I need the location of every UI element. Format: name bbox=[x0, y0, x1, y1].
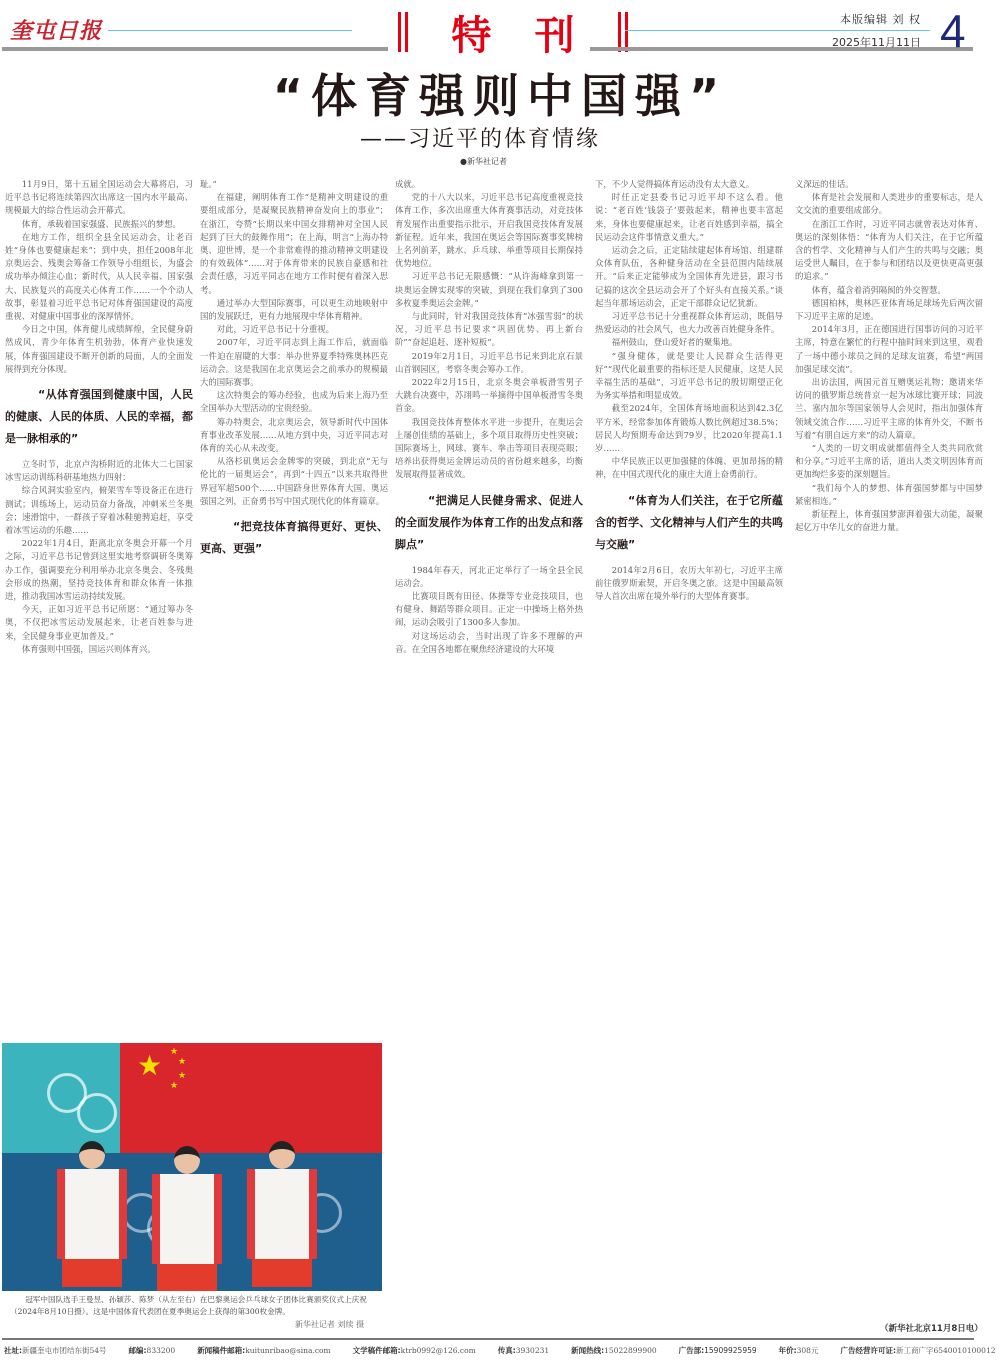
paragraph: 今日之中国，体育健儿成绩辉煌，全民健身蔚然成风，青少年体育生机勃勃，体育产业快速… bbox=[5, 323, 193, 376]
footer-ad-license: 广告经营许可证:新工商广字6540010100012 bbox=[840, 1345, 995, 1356]
paragraph: 运动会之后，正定陆续建起体育场馆、组建群众体育队伍，各种健身活动在全县范围内陆续… bbox=[595, 244, 783, 310]
paragraph: 与此同时，针对我国竞技体育“冰强雪弱”的状况，习近平总书记要求“巩固优势、再上新… bbox=[395, 310, 583, 350]
paragraph: 2022年1月4日，距离北京冬奥会开幕一个月之际，习近平总书记曾到这里实地考察调… bbox=[5, 537, 193, 603]
paragraph: 在福建，阐明体育工作“是精神文明建设的重要组成部分，是凝聚民族精神奋发向上的事业… bbox=[200, 191, 388, 297]
article-column-5: 义深远的佳话。 体育是社会发展和人类进步的重要标志，是人文交流的重要组成部分。 … bbox=[795, 178, 983, 1268]
star-icon: ★ bbox=[178, 1057, 186, 1067]
section-char: 特 bbox=[451, 4, 491, 61]
paragraph: 下，不少人觉得搞体育运动没有太大意义。 bbox=[595, 178, 783, 191]
paragraph: 中华民族正以更加强健的体魄、更加昂扬的精神，在中国式现代化的康庄大道上奋勇前行。 bbox=[595, 455, 783, 481]
athlete bbox=[152, 1146, 222, 1291]
section-heading: “从体育强国到健康中国，人民的健康、人民的体质、人民的幸福，都是一脉相承的” bbox=[5, 384, 193, 450]
paragraph: 1984年春天，河北正定举行了一场全县全民运动会。 bbox=[395, 564, 583, 590]
paragraph: 综合风洞实验室内，俯架雪车等设备正在进行测试；训练场上，运动员奋力备战，冲刺米兰… bbox=[5, 484, 193, 537]
news-photo: ★ ★ ★ ★ ★ bbox=[2, 1043, 382, 1291]
issue-date: 2025年11月11日 bbox=[832, 34, 921, 50]
paragraph: 从洛杉矶奥运会金牌零的突破，到北京“无与伦比的一届奥运会”，再到“十四五”以来共… bbox=[200, 455, 388, 508]
paragraph: 我国竞技体育整体水平进一步提升，在奥运会上屡创佳绩的基础上，多个项目取得历史性突… bbox=[395, 416, 583, 482]
paragraph: 立冬时节，北京卢沟桥附近的北体大二七国家冰雪运动训练科研基地热力四射： bbox=[5, 458, 193, 484]
footer-postcode: 邮编:833200 bbox=[129, 1345, 176, 1356]
paragraph: 11月9日，第十五届全国运动会大幕将启，习近平总书记将连续第四次出席这一国内水平… bbox=[5, 178, 193, 218]
paragraph: 通过举办大型国际赛事，可以更生动地映射中国的发展跃迁，更有力地展现中华体育精神。 bbox=[200, 297, 388, 323]
section-heading: “把满足人民健身需求、促进人的全面发展作为体育工作的出发点和落脚点” bbox=[395, 490, 583, 556]
paragraph: 耻。” bbox=[200, 178, 388, 191]
paragraph: 体育，承载着国家强盛、民族振兴的梦想。 bbox=[5, 218, 193, 231]
photo-caption: 冠军中国队选手王曼昱、孙颖莎、陈梦（从左至右）在巴黎奥运会乒乓球女子团体比赛颁奖… bbox=[10, 1294, 382, 1318]
paragraph: “强身健体，就是要让人民群众生活得更好”“现代化最重要的指标还是人民健康，这是人… bbox=[595, 350, 783, 403]
section-heading: “体育为人们关注，在于它所蕴含的哲学、文化精神与人们产生的共鸣与交融” bbox=[595, 490, 783, 556]
article-column-3: 成就。 党的十八大以来，习近平总书记高度重视竞技体育工作，多次出席重大体育赛事活… bbox=[395, 178, 583, 1323]
paragraph: 党的十八大以来，习近平总书记高度重视竞技体育工作，多次出席重大体育赛事活动，对竞… bbox=[395, 191, 583, 270]
divider bbox=[625, 30, 930, 31]
paragraph: 2014年3月，正在德国进行国事访问的习近平主席，特意在繁忙的行程中抽时间来到这… bbox=[795, 323, 983, 376]
paragraph: “我们每个人的梦想、体育强国梦都与中国梦紧密相连。” bbox=[795, 482, 983, 508]
subheadline: ——习近平的体育情缘 bbox=[360, 122, 680, 153]
paragraph: 在浙江工作时，习近平同志就曾表达对体育、奥运的深刻体悟：“体育为人们关注，在于它… bbox=[795, 218, 983, 284]
footer-literary-email: 文学稿件邮箱:ktrb0992@126.com bbox=[353, 1345, 476, 1356]
paragraph: 这次特奥会的筹办经验，也成为后来上海乃至全国举办大型活动的宝贵经验。 bbox=[200, 389, 388, 415]
article-column-2: 耻。” 在福建，阐明体育工作“是精神文明建设的重要组成部分，是凝聚民族精神奋发向… bbox=[200, 178, 388, 1050]
paragraph: 今天，正如习近平总书记所愿：“通过筹办冬奥，不仅把冰雪运动发展起来，让老百姓参与… bbox=[5, 603, 193, 643]
paragraph: 2007年，习近平同志到上海工作后，就面临一件迫在眉睫的大事：举办世界夏季特殊奥… bbox=[200, 336, 388, 389]
footer-news-email: 新闻稿件邮箱:kuitunribao@sina.com bbox=[197, 1345, 330, 1356]
paragraph: 体育，蕴含着消弭隔阂的外交智慧。 bbox=[795, 284, 983, 297]
divider bbox=[2, 47, 388, 51]
star-icon: ★ bbox=[170, 1081, 178, 1091]
section-char: 刊 bbox=[535, 4, 575, 61]
paragraph: 在地方工作，组织全县全民运动会，让老百姓“身体也要健康起来”；到中央，担任200… bbox=[5, 231, 193, 323]
paragraph: 福州鼓山，登山爱好者的聚集地。 bbox=[595, 336, 783, 349]
paragraph: 成就。 bbox=[395, 178, 583, 191]
paragraph: 义深远的佳话。 bbox=[795, 178, 983, 191]
footer-address: 社址:新疆奎屯市团结东街54号 bbox=[4, 1345, 107, 1356]
page-editor: 本版编辑 刘 权 bbox=[840, 11, 921, 27]
paragraph: 筹办特奥会，北京奥运会，领导新时代中国体育事业改革发展……从地方到中央，习近平同… bbox=[200, 416, 388, 456]
masthead: 奎屯日报 特 刊 本版编辑 刘 权 2025年11月11日 4 bbox=[0, 0, 1000, 60]
paragraph: 对这场运动会，当时出现了许多不理解的声音。在全国各地都在聚焦经济建设的大环境 bbox=[395, 630, 583, 656]
double-bar-icon bbox=[618, 12, 628, 52]
dateline: （新华社北京11月8日电） bbox=[880, 1322, 983, 1334]
paragraph: 新征程上，体育强国梦澎湃着强大动能，凝聚起亿万中华儿女的奋进力量。 bbox=[795, 508, 983, 534]
paragraph: 体育是社会发展和人类进步的重要标志，是人文交流的重要组成部分。 bbox=[795, 191, 983, 217]
footer-info: 社址:新疆奎屯市团结东街54号 邮编:833200 新闻稿件邮箱:kuitunr… bbox=[4, 1345, 999, 1356]
paragraph: 时任正定县委书记习近平却不这么看。他说：“老百姓‘钱袋子’要鼓起来，精神也要丰富… bbox=[595, 191, 783, 244]
page-number: 4 bbox=[940, 4, 966, 58]
section-heading: “把竞技体育搞得更好、更快、更高、更强” bbox=[200, 516, 388, 560]
paragraph: 德国柏林，奥林匹亚体育场足球场先后两次留下习近平主席的足迹。 bbox=[795, 297, 983, 323]
paragraph: 比赛项目既有田径、体操等专业竞技项目，也有健身、舞蹈等群众项目。正定一中操场上格… bbox=[395, 590, 583, 630]
paragraph: 截至2024年，全国体育场地面积达到42.3亿平方米，经常参加体育锻炼人数比例超… bbox=[595, 402, 783, 455]
divider bbox=[108, 30, 352, 31]
footer-hotline: 新闻热线:15022899900 bbox=[571, 1345, 657, 1356]
star-icon: ★ bbox=[178, 1071, 186, 1081]
divider bbox=[2, 1338, 974, 1340]
headline: “体育强则中国强” bbox=[260, 60, 740, 126]
byline: ●新华社记者 bbox=[460, 156, 507, 167]
photo-credit: 新华社记者 刘续 摄 bbox=[295, 1319, 364, 1330]
star-icon: ★ bbox=[170, 1047, 178, 1057]
star-icon: ★ bbox=[137, 1049, 162, 1082]
footer-ad-dept: 广告部:15909925959 bbox=[679, 1345, 757, 1356]
newspaper-logo: 奎屯日报 bbox=[10, 14, 102, 45]
article-column-1: 11月9日，第十五届全国运动会大幕将启，习近平总书记将连续第四次出席这一国内水平… bbox=[5, 178, 193, 1050]
paragraph: 习近平总书记十分重视群众体育运动，既倡导热爱运动的社会风气，也大力改善百姓健身条… bbox=[595, 310, 783, 336]
article-column-4: 下，不少人觉得搞体育运动没有太大意义。 时任正定县委书记习近平却不这么看。他说：… bbox=[595, 178, 783, 1323]
paragraph: 2014年2月6日，农历大年初七，习近平主席前往俄罗斯索契，开启冬奥之旅。这是中… bbox=[595, 564, 783, 604]
paragraph: “人类的一切文明成就都值得全人类共同欣赏和分享。”习近平主席的话，道出人类文明因… bbox=[795, 442, 983, 482]
athlete bbox=[57, 1141, 127, 1291]
footer-fax: 传真:3930231 bbox=[498, 1345, 549, 1356]
paragraph: 体育强则中国强，国运兴则体育兴。 bbox=[5, 643, 193, 656]
athlete bbox=[247, 1141, 317, 1291]
footer-annual-price: 年价:308元 bbox=[779, 1345, 819, 1356]
paragraph: 2019年2月1日，习近平总书记来到北京石景山首钢园区，考察冬奥会筹办工作。 bbox=[395, 350, 583, 376]
paragraph: 习近平总书记无限感慨：“从许海峰拿到第一块奥运金牌实现零的突破，到现在我们拿到了… bbox=[395, 270, 583, 310]
paragraph: 2022年2月15日，北京冬奥会单板滑雪男子大跳台决赛中，苏翊鸣一举摘得中国单板… bbox=[395, 376, 583, 416]
paragraph: 对此，习近平总书记十分重视。 bbox=[200, 323, 388, 336]
paragraph: 出访法国，两国元首互赠奥运礼物；邀请来华访问的俄罗斯总统普京一起为冰球比赛开球；… bbox=[795, 376, 983, 442]
double-bar-icon bbox=[398, 12, 408, 52]
